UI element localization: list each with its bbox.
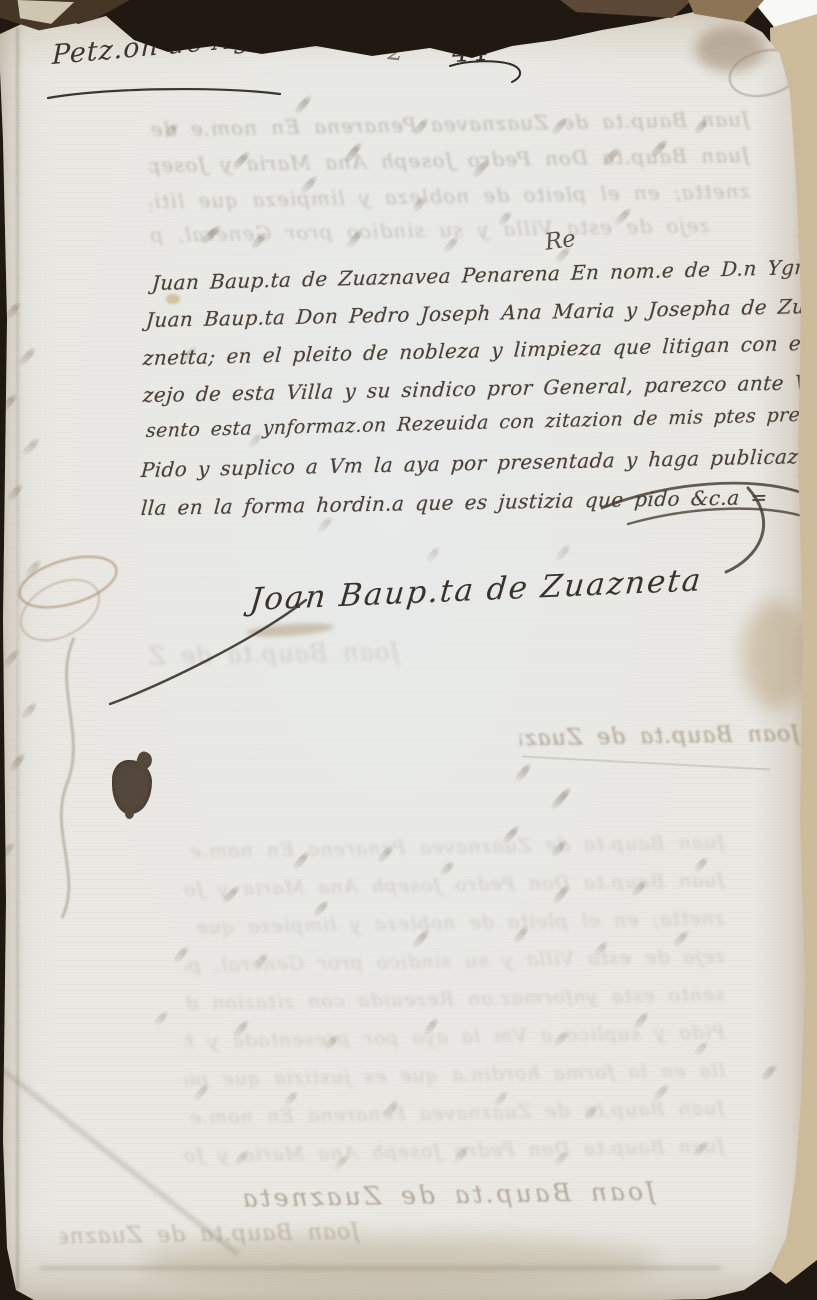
page-number-flourish (448, 58, 532, 86)
torn-edge-flap (560, 0, 692, 20)
signature: Joan Baup.ta de Zuazneta (248, 562, 704, 618)
ink-bleed-stroke (17, 345, 38, 368)
bleedthrough-text-line: zejo de esta Villa y su sindico pror Gen… (185, 945, 725, 976)
bleedthrough-text-line: znetta; en el pleito de nobleza y limpie… (185, 907, 725, 938)
body-line: znetta; en el pleito de nobleza y limpie… (142, 330, 817, 370)
body-line: Juan Baup.ta de Zuaznavea Penarena En no… (151, 254, 817, 295)
ink-bleed-stroke (153, 1008, 171, 1027)
ink-bleed-stroke (293, 93, 314, 116)
bleedthrough-text-line: Joan Baup.ta de Zuazneta (520, 722, 800, 752)
ink-bleed-stroke (760, 1061, 779, 1082)
bleedthrough-text-line: Pido y suplico a Vm la aya por presentad… (185, 1021, 725, 1052)
ink-bleed-stroke (21, 435, 42, 458)
header-annotation: Petz.on de Agron (52, 18, 302, 71)
ink-blot (112, 760, 152, 814)
right-edge-stain (742, 600, 812, 710)
body-line: sento esta ynformaz.on Rezeuida con zita… (145, 400, 817, 442)
bleedthrough-text-line: Joan Baup.ta de Zuazneta (60, 1219, 360, 1249)
top-tear-shadow (136, 31, 534, 48)
bleedthrough-text-line: Juan Baup.ta de Zuaznavea Penarena En no… (185, 1097, 725, 1128)
bleedthrough-text-line: lla en la forma hordin.a que es justizia… (185, 1059, 725, 1090)
margin-mark-re: Re (543, 226, 577, 256)
bleedthrough-text-line: sento esta ynformaz.on Rezeuida con zita… (185, 983, 725, 1014)
signature-flourish (104, 592, 314, 710)
ink-bleed-stroke (550, 785, 574, 812)
body-line: Juan Baup.ta Don Pedro Joseph Ana Maria … (145, 294, 817, 332)
body-line: zejo de esta Villa y su sindico pror Gen… (142, 368, 817, 407)
top-fold-stain (130, 15, 554, 37)
manuscript-scan: Juan Baup.ta de Zuaznavea Penarena En no… (0, 0, 817, 1300)
ink-bleed-stroke (4, 299, 22, 321)
bleedthrough-text-line: Juan Baup.ta de Zuaznavea Penarena En no… (150, 107, 750, 141)
folio-mark: 2 (386, 36, 405, 67)
bottom-crease (40, 1266, 720, 1270)
bleedthrough-text-line: Joan Baup.ta de Zuazneta (36, 1177, 656, 1217)
bleedthrough-text-line: Juan Baup.ta de Zuaznavea Penarena En no… (185, 831, 725, 862)
ink-bleed-stroke (554, 541, 573, 562)
ink-bleed-stroke (425, 544, 442, 564)
manuscript-page: Juan Baup.ta de Zuaznavea Penarena En no… (0, 0, 817, 1300)
foxing-spot (166, 294, 180, 304)
bleedthrough-text-line: znetta; en el pleito de nobleza y limpie… (150, 179, 750, 213)
verso-signature-underline (522, 756, 770, 771)
header-underline-flourish (46, 84, 286, 106)
ink-bleed-stroke (513, 760, 533, 783)
